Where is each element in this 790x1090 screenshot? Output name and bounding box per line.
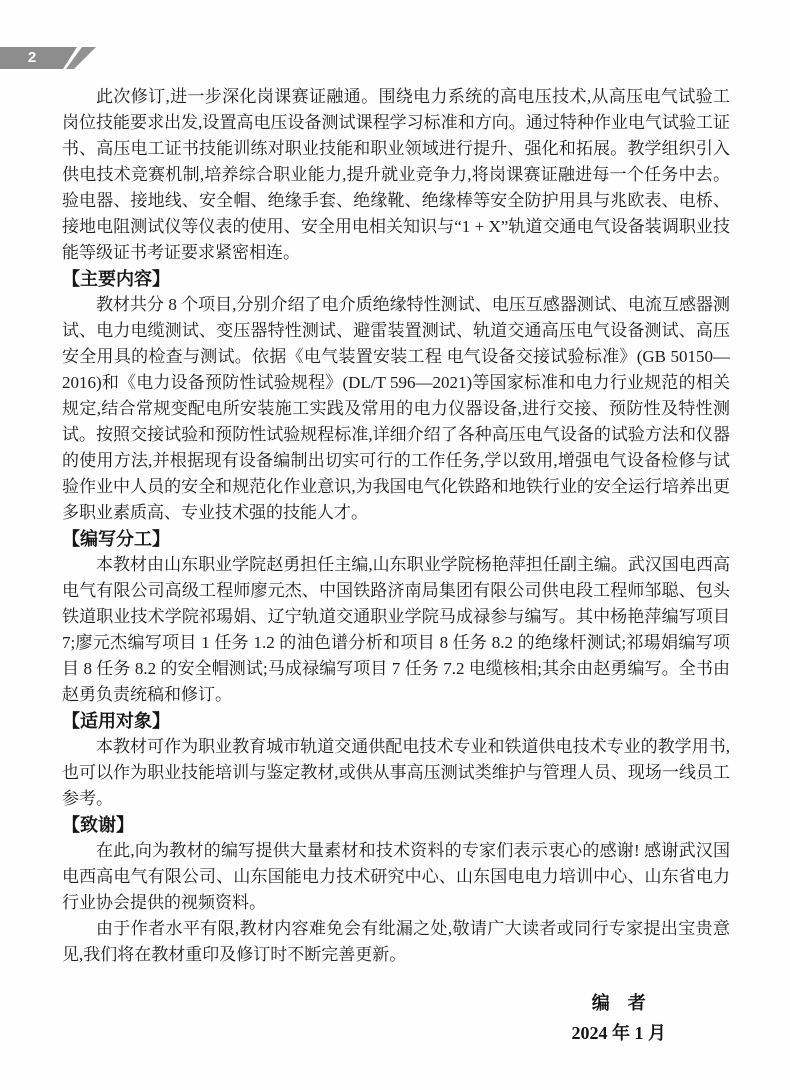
book-page: 2 此次修订,进一步深化岗课赛证融通。围绕电力系统的高电压技术,从高压电气试验工… bbox=[0, 0, 790, 1090]
page-content: 此次修订,进一步深化岗课赛证融通。围绕电力系统的高电压技术,从高压电气试验工岗位… bbox=[62, 84, 730, 1048]
section-heading-main-content: 【主要内容】 bbox=[62, 266, 730, 292]
section-acknowledgements-paragraph: 在此,向为教材的编写提供大量素材和技术资料的专家们表示衷心的感谢! 感谢武汉国电… bbox=[62, 838, 730, 916]
page-number-badge: 2 bbox=[0, 47, 110, 69]
section-audience-paragraph: 本教材可作为职业教育城市轨道交通供配电技术专业和铁道供电技术专业的教学用书,也可… bbox=[62, 734, 730, 812]
signature-date: 2024 年 1 月 bbox=[572, 1018, 667, 1048]
section-authoring-paragraph: 本教材由山东职业学院赵勇担任主编,山东职业学院杨艳萍担任副主编。武汉国电西高电气… bbox=[62, 552, 730, 708]
signature-author: 编 者 bbox=[572, 988, 667, 1018]
section-main-content-paragraph: 教材共分 8 个项目,分别介绍了电介质绝缘特性测试、电压互感器测试、电流互感器测… bbox=[62, 292, 730, 526]
section-heading-audience: 【适用对象】 bbox=[62, 708, 730, 734]
signature-block: 编 者 2024 年 1 月 bbox=[572, 988, 667, 1048]
page-number: 2 bbox=[0, 47, 64, 69]
intro-paragraph: 此次修订,进一步深化岗课赛证融通。围绕电力系统的高电压技术,从高压电气试验工岗位… bbox=[62, 84, 730, 266]
section-heading-authoring: 【编写分工】 bbox=[62, 526, 730, 552]
section-closing-paragraph: 由于作者水平有限,教材内容难免会有纰漏之处,敬请广大读者或同行专家提出宝贵意见,… bbox=[62, 916, 730, 968]
section-heading-acknowledgements: 【致谢】 bbox=[62, 812, 730, 838]
